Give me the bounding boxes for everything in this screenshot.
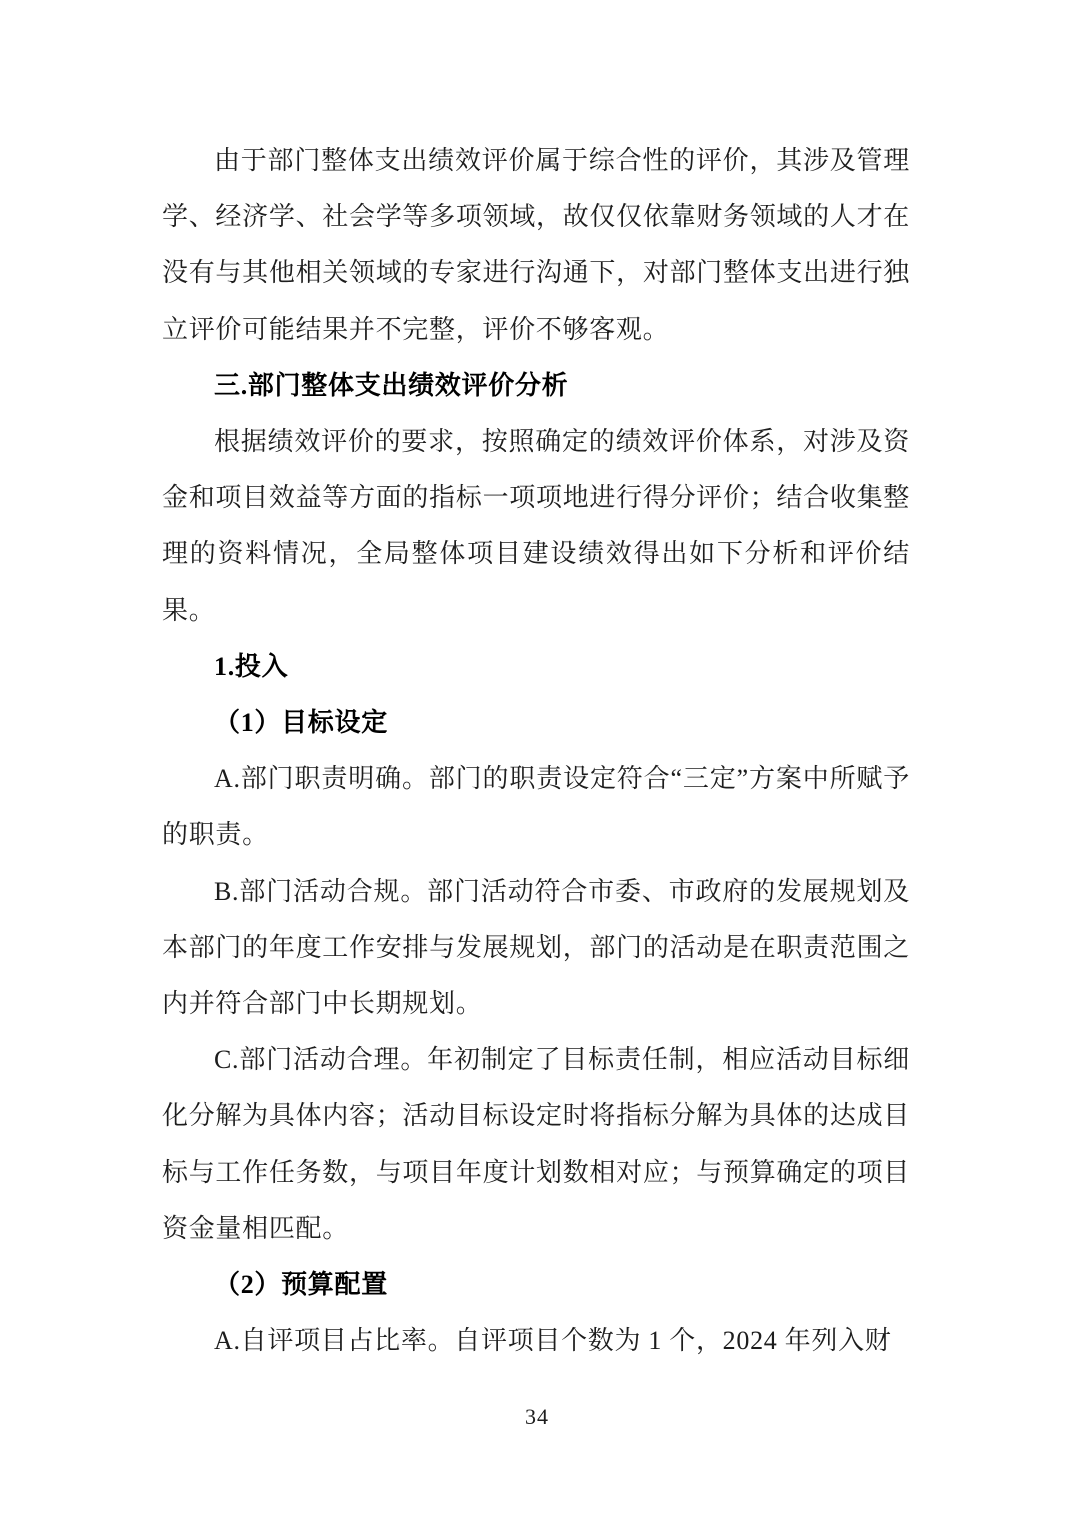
paragraph: 由于部门整体支出绩效评价属于综合性的评价，其涉及管理学、经济学、社会学等多项领域… (162, 133, 910, 358)
heading: （2）预算配置 (162, 1257, 910, 1313)
paragraph: 根据绩效评价的要求，按照确定的绩效评价体系，对涉及资金和项目效益等方面的指标一项… (162, 414, 910, 639)
paragraph: B.部门活动合规。部门活动符合市委、市政府的发展规划及本部门的年度工作安排与发展… (162, 864, 910, 1033)
paragraph: A.部门职责明确。部门的职责设定符合“三定”方案中所赋予的职责。 (162, 751, 910, 863)
document-body: 由于部门整体支出绩效评价属于综合性的评价，其涉及管理学、经济学、社会学等多项领域… (162, 133, 910, 1369)
heading: 三.部门整体支出绩效评价分析 (162, 358, 910, 414)
page-number: 34 (0, 1404, 1074, 1430)
heading: （1）目标设定 (162, 695, 910, 751)
document-page: 由于部门整体支出绩效评价属于综合性的评价，其涉及管理学、经济学、社会学等多项领域… (0, 0, 1074, 1520)
paragraph: A.自评项目占比率。自评项目个数为 1 个，2024 年列入财 (162, 1313, 910, 1369)
paragraph: C.部门活动合理。年初制定了目标责任制，相应活动目标细化分解为具体内容；活动目标… (162, 1032, 910, 1257)
heading: 1.投入 (162, 639, 910, 695)
